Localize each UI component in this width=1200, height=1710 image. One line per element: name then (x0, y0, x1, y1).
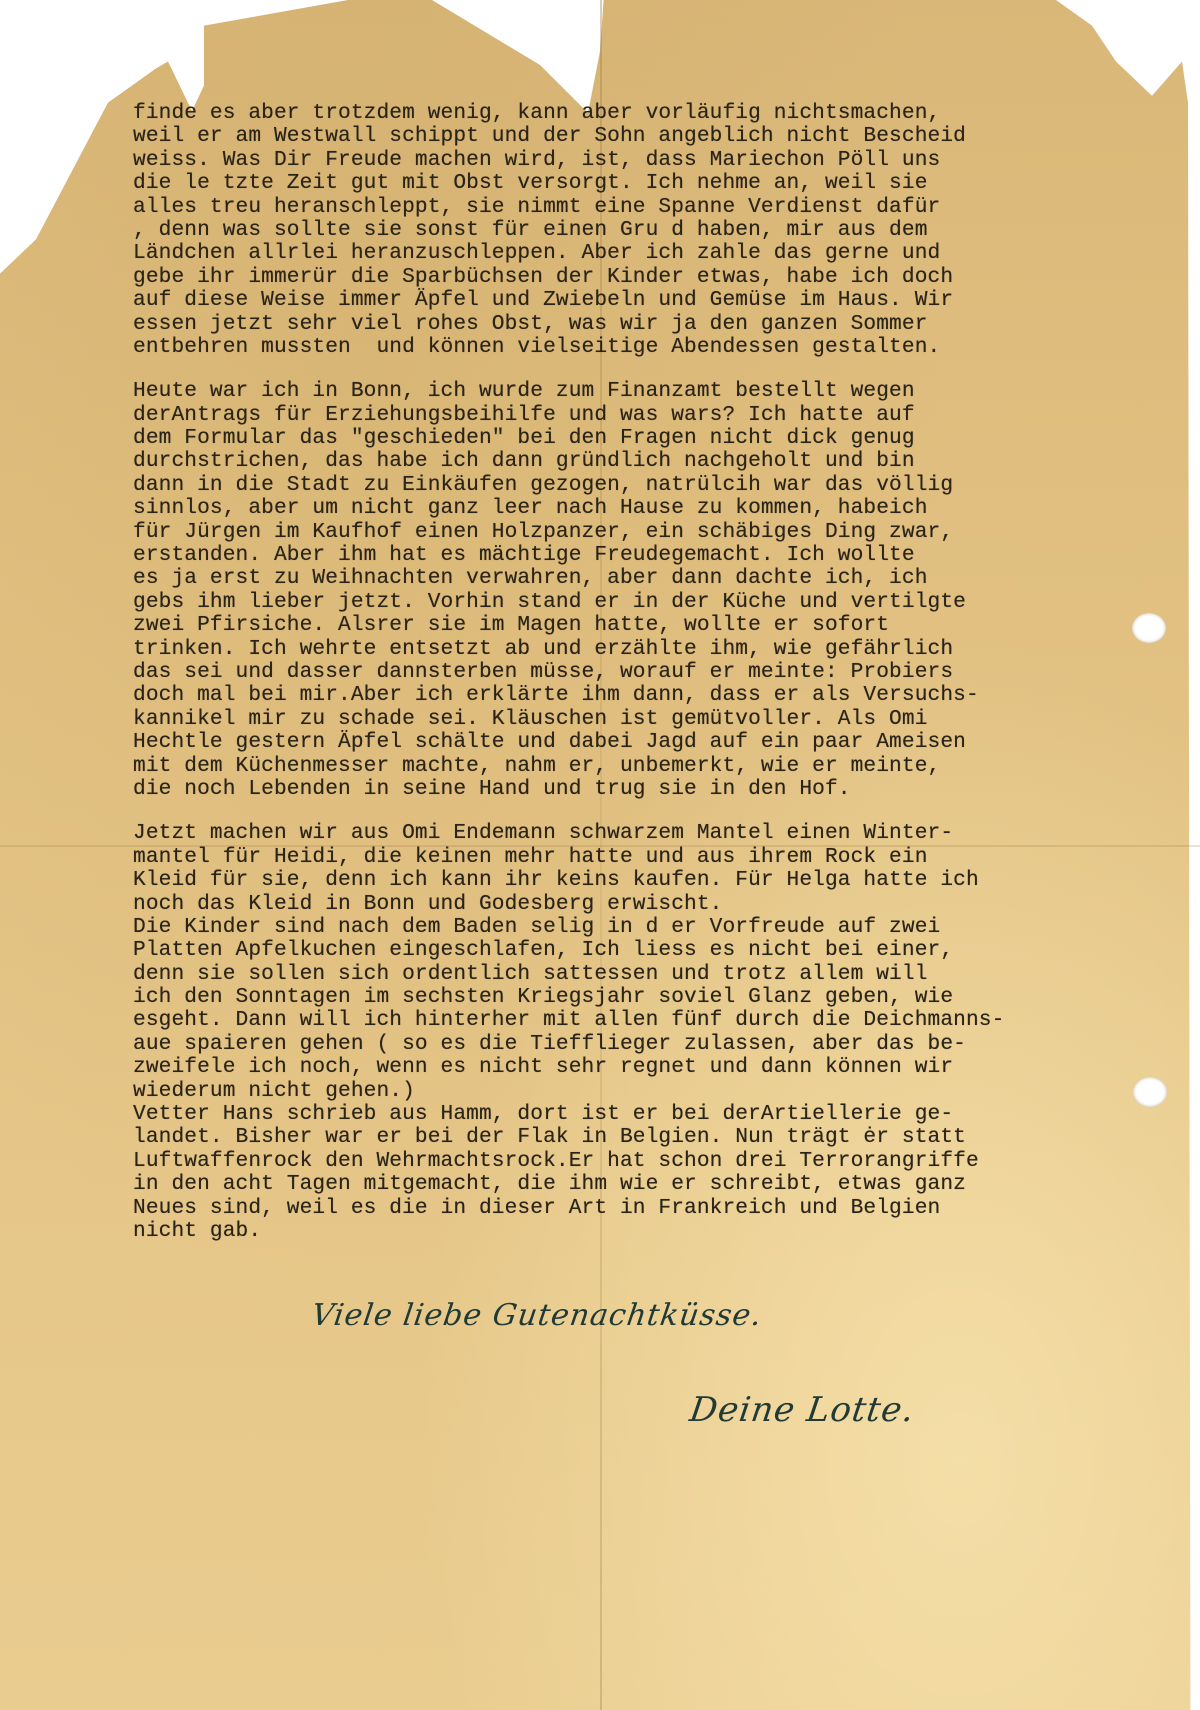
typed-line: , denn was sollte sie sonst für einen Gr… (133, 219, 1133, 242)
typed-line: Neues sind, weil es die in dieser Art in… (133, 1197, 1133, 1220)
typed-line: Luftwaffenrock den Wehrmachtsrock.Er hat… (133, 1150, 1133, 1173)
handwritten-signature: Deine Lotte. (687, 1390, 917, 1430)
typed-line: essen jetzt sehr viel rohes Obst, was wi… (133, 313, 1133, 336)
typed-line: esgeht. Dann will ich hinterher mit alle… (133, 1009, 1133, 1032)
paragraph: Jetzt machen wir aus Omi Endemann schwar… (133, 822, 1133, 1243)
typed-line: Jetzt machen wir aus Omi Endemann schwar… (133, 822, 1133, 845)
typed-line: nicht gab. (133, 1220, 1133, 1243)
typed-line: landet. Bisher war er bei der Flak in Be… (133, 1126, 1133, 1149)
typed-line: dann in die Stadt zu Einkäufen gezogen, … (133, 474, 1133, 497)
paragraph: finde es aber trotzdem wenig, kann aber … (133, 102, 1133, 359)
typed-line: Vetter Hans schrieb aus Hamm, dort ist e… (133, 1103, 1133, 1126)
typed-line: auf diese Weise immer Äpfel und Zwiebeln… (133, 289, 1133, 312)
typed-line: gebe ihr immerür die Sparbüchsen der Kin… (133, 266, 1133, 289)
typed-line: sinnlos, aber um nicht ganz leer nach Ha… (133, 497, 1133, 520)
typed-line: erstanden. Aber ihm hat es mächtige Freu… (133, 544, 1133, 567)
typed-line: in den acht Tagen mitgemacht, die ihm wi… (133, 1173, 1133, 1196)
typed-line: derAntrags für Erziehungsbeihilfe und wa… (133, 404, 1133, 427)
typed-line: wiederum nicht gehen.) (133, 1080, 1133, 1103)
typed-line: zwei Pfirsiche. Alsrer sie im Magen hatt… (133, 614, 1133, 637)
typed-line: für Jürgen im Kaufhof einen Holzpanzer, … (133, 521, 1133, 544)
typed-line: alles treu heranschleppt, sie nimmt eine… (133, 196, 1133, 219)
typed-line: Ländchen allrlei heranzuschleppen. Aber … (133, 242, 1133, 265)
typed-line: die le tzte Zeit gut mit Obst versorgt. … (133, 172, 1133, 195)
typed-line: Heute war ich in Bonn, ich wurde zum Fin… (133, 380, 1133, 403)
paragraph-gap (133, 359, 1133, 380)
typed-line: aue spaieren gehen ( so es die Tiefflieg… (133, 1033, 1133, 1056)
typed-line: die noch Lebenden in seine Hand und trug… (133, 778, 1133, 801)
typed-line: das sei und dasser dannsterben müsse, wo… (133, 661, 1133, 684)
typed-line: entbehren mussten und können vielseitige… (133, 336, 1133, 359)
typed-line: noch das Kleid in Bonn und Godesberg erw… (133, 893, 1133, 916)
typed-line: es ja erst zu Weihnachten verwahren, abe… (133, 567, 1133, 590)
typed-line: denn sie sollen sich ordentlich sattesse… (133, 963, 1133, 986)
typed-line: kannikel mir zu schade sei. Kläuschen is… (133, 708, 1133, 731)
handwritten-closing: Viele liebe Gutenachtküsse. (310, 1298, 765, 1333)
punch-hole-upper (1132, 613, 1166, 643)
typed-line: gebs ihm lieber jetzt. Vorhin stand er i… (133, 591, 1133, 614)
typed-line: zweifele ich noch, wenn es nicht sehr re… (133, 1056, 1133, 1079)
typed-line: finde es aber trotzdem wenig, kann aber … (133, 102, 1133, 125)
typed-line: trinken. Ich wehrte entsetzt ab und erzä… (133, 638, 1133, 661)
typed-line: dem Formular das "geschieden" bei den Fr… (133, 427, 1133, 450)
typed-line: ich den Sonntagen im sechsten Kriegsjahr… (133, 986, 1133, 1009)
typed-line: weil er am Westwall schippt und der Sohn… (133, 125, 1133, 148)
paragraph: Heute war ich in Bonn, ich wurde zum Fin… (133, 380, 1133, 801)
typed-line: mit dem Küchenmesser machte, nahm er, un… (133, 755, 1133, 778)
typed-line: doch mal bei mir.Aber ich erklärte ihm d… (133, 684, 1133, 707)
paragraph-gap (133, 801, 1133, 822)
typed-line: mantel für Heidi, die keinen mehr hatte … (133, 846, 1133, 869)
typed-line: Platten Apfelkuchen eingeschlafen, Ich l… (133, 939, 1133, 962)
typed-line: Hechtle gestern Äpfel schälte und dabei … (133, 731, 1133, 754)
typed-line: Kleid für sie, denn ich kann ihr keins k… (133, 869, 1133, 892)
typed-line: Die Kinder sind nach dem Baden selig in … (133, 916, 1133, 939)
punch-hole-lower (1133, 1077, 1167, 1107)
typed-line: weiss. Was Dir Freude machen wird, ist, … (133, 149, 1133, 172)
typed-letter-body: finde es aber trotzdem wenig, kann aber … (133, 102, 1133, 1243)
typed-line: durchstrichen, das habe ich dann gründli… (133, 450, 1133, 473)
